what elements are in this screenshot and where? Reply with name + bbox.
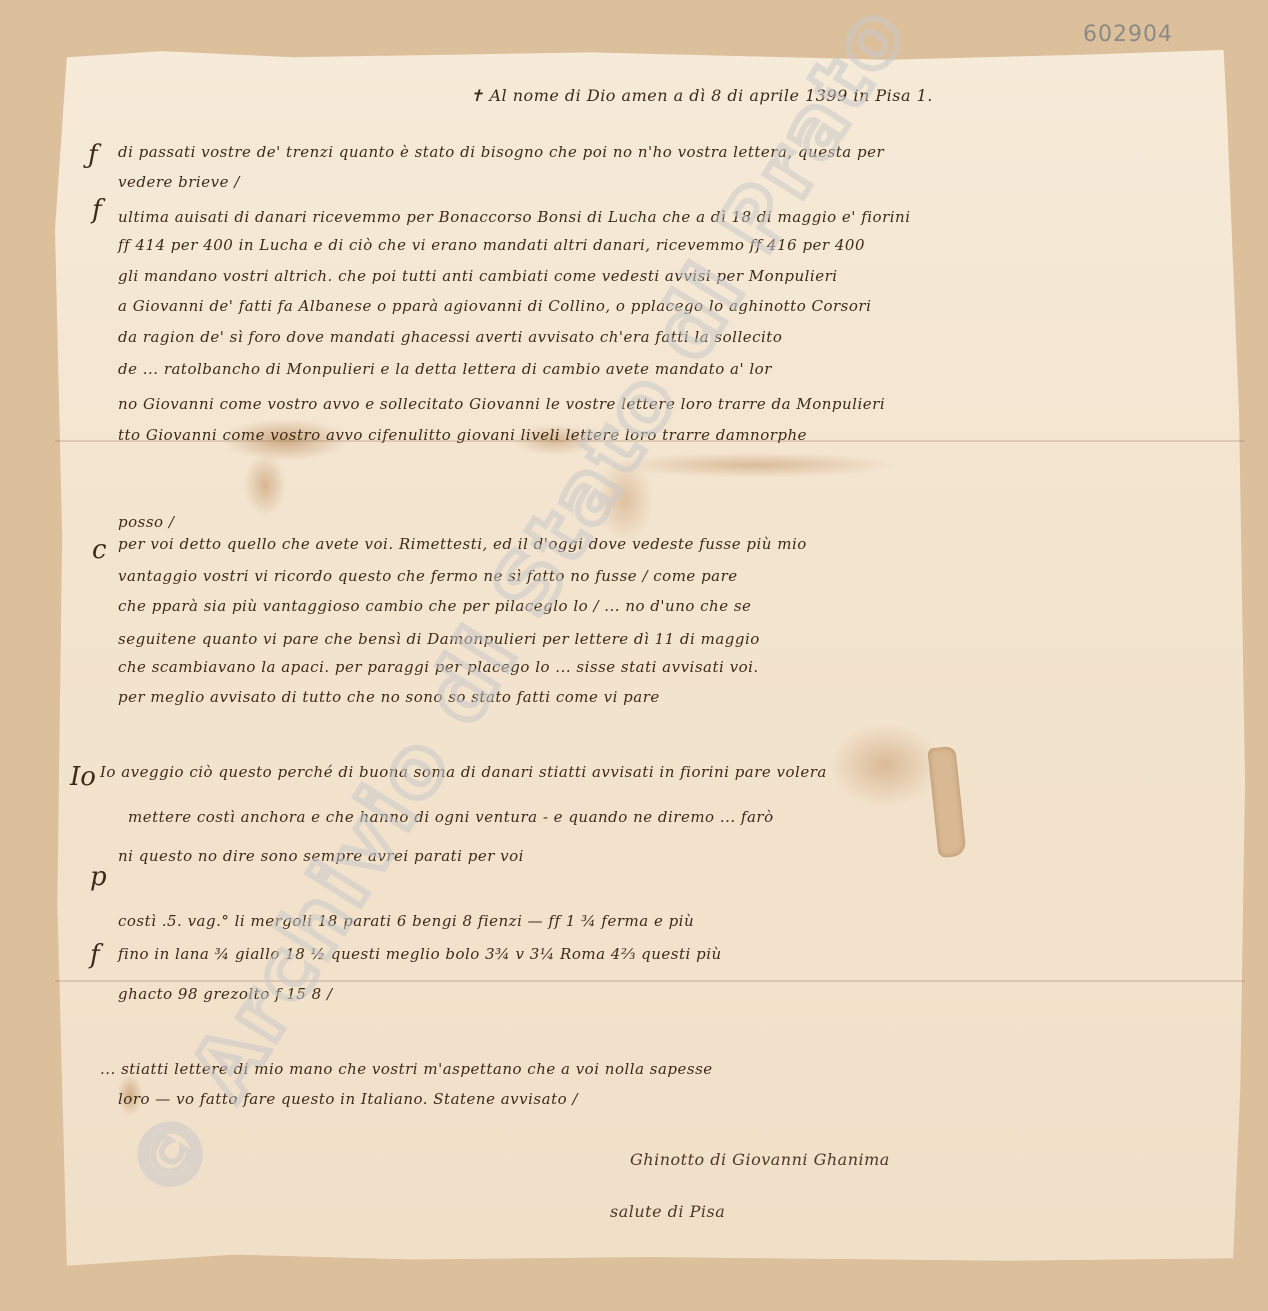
text-line: tto Giovanni come vostro avvo cifenulitt… — [118, 426, 807, 444]
signature-line-2: salute di Pisa — [610, 1202, 725, 1221]
text-line: vantaggio vostri vi ricordo questo che f… — [118, 567, 738, 585]
margin-mark: p — [90, 862, 107, 892]
margin-mark: ƒ — [88, 140, 98, 170]
text-line: no Giovanni come vostro avvo e sollecita… — [118, 395, 885, 413]
text-line: per meglio avvisato di tutto che no sono… — [118, 688, 660, 706]
text-line: fino in lana ¾ giallo 18 ½ questi meglio… — [118, 945, 722, 963]
margin-mark: f — [92, 195, 102, 225]
signature-line-1: Ghinotto di Giovanni Ghanima — [630, 1150, 890, 1169]
text-line: per voi detto quello che avete voi. Rime… — [118, 535, 807, 553]
text-line: vedere brieve / — [118, 173, 240, 191]
margin-mark: f — [90, 940, 100, 970]
archive-number: 602904 — [1083, 22, 1173, 47]
text-line: mettere costì anchora e che hanno di ogn… — [128, 808, 774, 826]
text-line: posso / — [118, 513, 174, 531]
margin-mark: Io — [70, 762, 96, 792]
margin-mark: c — [92, 535, 107, 565]
text-line: che pparà sia più vantaggioso cambio che… — [118, 597, 751, 615]
text-line: costì .5. vag.° li mergoli 18 parati 6 b… — [118, 912, 694, 930]
